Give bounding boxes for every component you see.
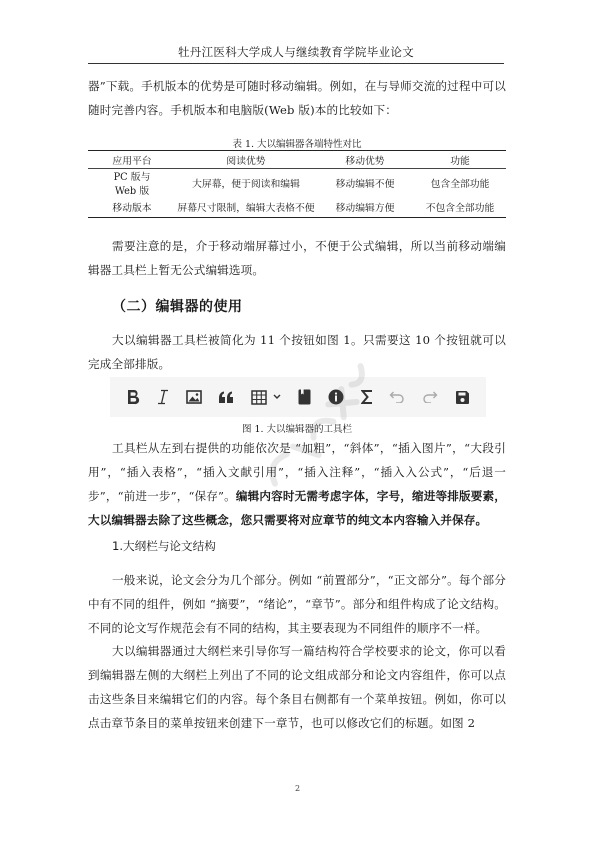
table-header-row: 应用平台 阅读优势 移动优势 功能	[88, 151, 506, 169]
editor-toolbar-figure	[110, 377, 486, 417]
quote-icon[interactable]	[218, 391, 234, 403]
paragraph-structure-2: 大以编辑器通过大纲栏来引导你写一篇结构符合学校要求的论文，你可以看到编辑器左侧的…	[88, 639, 506, 735]
table-cell: 大屏幕，便于阅读和编辑	[176, 169, 316, 202]
save-icon[interactable]	[455, 390, 470, 405]
table-header-cell: 应用平台	[88, 151, 176, 169]
subheading: 1.大纲栏与论文结构	[112, 538, 216, 554]
table-cell: 移动编辑方便	[316, 201, 414, 218]
paragraph-note: 需要注意的是，介于移动端屏幕过小，不便于公式编辑，所以当前移动端编辑器工具栏上暂…	[88, 234, 506, 282]
table-caption: 表 1. 大以编辑器各端特性对比	[88, 136, 506, 150]
chevron-down-icon	[273, 394, 281, 400]
sigma-icon[interactable]	[361, 390, 373, 404]
paragraph-structure-1: 一般来说，论文会分为几个部分。例如 “前置部分”，“正文部分”。每个部分中有不同…	[88, 568, 506, 640]
table-header-cell: 功能	[414, 151, 506, 169]
page-header: 牡丹江医科大学成人与继续教育学院毕业论文	[88, 44, 504, 64]
info-icon[interactable]	[328, 389, 344, 405]
paragraph-toolbar-description: 工具栏从左到右提供的功能依次是 “加粗”，“斜体”，“插入图片”，“大段引用”，…	[88, 436, 506, 532]
page-number: 2	[0, 784, 595, 793]
bookmark-icon[interactable]	[298, 389, 311, 405]
image-icon[interactable]	[186, 390, 202, 404]
bold-icon[interactable]	[126, 389, 140, 405]
table-cell: 屏幕尺寸限制，编辑大表格不便	[176, 201, 316, 218]
redo-icon[interactable]	[422, 391, 438, 403]
table-cell: 不包含全部功能	[414, 201, 506, 218]
comparison-table: 应用平台 阅读优势 移动优势 功能 PC 版与 Web 版 大屏幕，便于阅读和编…	[88, 150, 506, 218]
table-row: PC 版与 Web 版 大屏幕，便于阅读和编辑 移动编辑不便 包含全部功能	[88, 169, 506, 202]
table-cell: 移动版本	[88, 201, 176, 218]
table-header-cell: 阅读优势	[176, 151, 316, 169]
table-icon[interactable]	[251, 390, 281, 405]
figure-caption: 图 1. 大以编辑器的工具栏	[88, 421, 506, 435]
italic-icon[interactable]	[157, 389, 169, 405]
section-title: （二）编辑器的使用	[112, 296, 243, 316]
undo-icon[interactable]	[389, 391, 405, 403]
table-cell: 包含全部功能	[414, 169, 506, 202]
paragraph-intro: 器”下载。手机版本的优势是可随时移动编辑。例如，在与导师交流的过程中可以随时完善…	[88, 74, 506, 122]
paragraph-toolbar-intro: 大以编辑器工具栏被简化为 11 个按钮如图 1。只需要这 10 个按钮就可以完成…	[88, 328, 506, 376]
table-cell: PC 版与 Web 版	[88, 169, 176, 202]
table-header-cell: 移动优势	[316, 151, 414, 169]
table-row: 移动版本 屏幕尺寸限制，编辑大表格不便 移动编辑方便 不包含全部功能	[88, 201, 506, 218]
table-cell: 移动编辑不便	[316, 169, 414, 202]
